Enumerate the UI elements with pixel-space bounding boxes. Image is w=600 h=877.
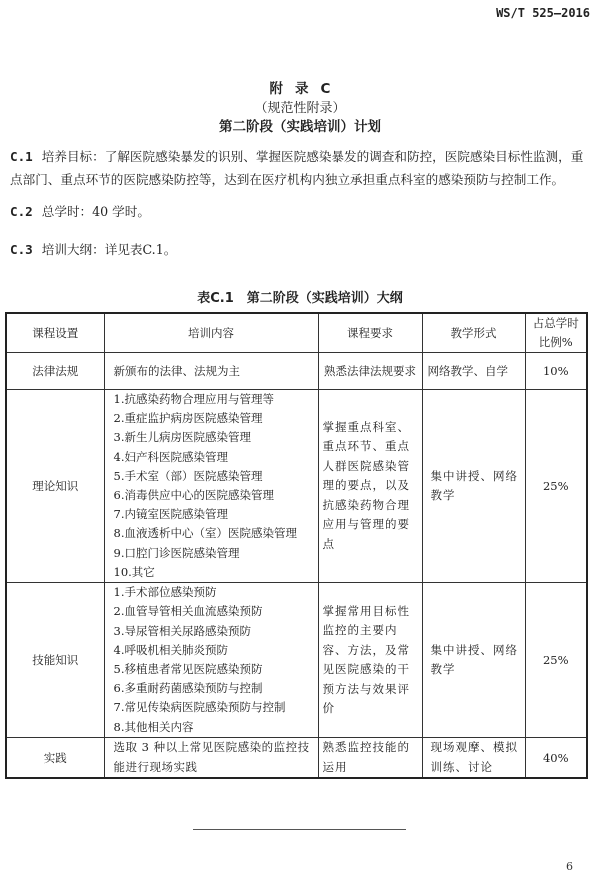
header-form: 教学形式	[422, 313, 525, 353]
section-text: 培养目标：了解医院感染暴发的识别、掌握医院感染暴发的调查和防控，医院感染目标性监…	[10, 149, 583, 187]
table-row: 技能知识 1.手术部位感染预防 2.血管导管相关血流感染预防 3.导尿管相关尿路…	[6, 583, 587, 738]
table-row: 理论知识 1.抗感染药物合理应用与管理等 2.重症监护病房医院感染管理 3.新生…	[6, 390, 587, 583]
table-header-row: 课程设置 培训内容 课程要求 教学形式 占总学时比例%	[6, 313, 587, 353]
header-course: 课程设置	[6, 313, 104, 353]
cell-requirement: 掌握常用目标性监控的主要内容、方法，及常见医院感染的干预方法与效果评价	[318, 583, 422, 738]
cell-course: 法律法规	[6, 353, 104, 390]
cell-form: 网络教学、自学	[422, 353, 525, 390]
cell-ratio: 10%	[525, 353, 587, 390]
cell-content: 1.手术部位感染预防 2.血管导管相关血流感染预防 3.导尿管相关尿路感染预防 …	[104, 583, 318, 738]
annex-title: 附录C	[0, 77, 600, 97]
cell-course: 技能知识	[6, 583, 104, 738]
cell-ratio: 25%	[525, 390, 587, 583]
cell-form: 集中讲授、网络教学	[422, 583, 525, 738]
list-item: 6.多重耐药菌感染预防与控制	[114, 679, 312, 698]
list-item: 2.血管导管相关血流感染预防	[114, 602, 312, 621]
list-item: 6.消毒供应中心的医院感染管理	[114, 486, 312, 505]
table-row: 法律法规 新颁布的法律、法规为主 熟悉法律法规要求 网络教学、自学 10%	[6, 353, 587, 390]
section-text: 总学时：40 学时。	[42, 204, 150, 219]
cell-ratio: 25%	[525, 583, 587, 738]
section-number: C.3	[10, 242, 33, 257]
cell-content: 选取 3 种以上常见医院感染的监控技能进行现场实践	[104, 738, 318, 779]
section-c3: C.3培训大纲：详见表C.1。	[10, 238, 592, 261]
table-row: 实践 选取 3 种以上常见医院感染的监控技能进行现场实践 熟悉监控技能的运用 现…	[6, 738, 587, 779]
list-item: 10.其它	[114, 563, 312, 582]
section-text: 培训大纲：详见表C.1。	[42, 242, 177, 257]
cell-requirement: 熟悉法律法规要求	[318, 353, 422, 390]
list-item: 3.导尿管相关尿路感染预防	[114, 622, 312, 641]
header-ratio: 占总学时比例%	[525, 313, 587, 353]
standard-code: WS/T 525—2016	[496, 6, 590, 20]
cell-course: 实践	[6, 738, 104, 779]
cell-requirement: 掌握重点科室、重点环节、重点人群医院感染管理的要点，以及抗感染药物合理应用与管理…	[318, 390, 422, 583]
cell-content: 新颁布的法律、法规为主	[104, 353, 318, 390]
list-item: 9.口腔门诊医院感染管理	[114, 544, 312, 563]
annex-title-part: 录	[295, 77, 309, 97]
list-item: 1.手术部位感染预防	[114, 583, 312, 602]
header-content: 培训内容	[104, 313, 318, 353]
annex-title-part: C	[321, 81, 331, 97]
cell-ratio: 40%	[525, 738, 587, 779]
list-item: 5.移植患者常见医院感染预防	[114, 660, 312, 679]
section-number: C.2	[10, 204, 33, 219]
cell-form: 集中讲授、网络教学	[422, 390, 525, 583]
annex-subtitle: （规范性附录）	[0, 97, 600, 116]
table-caption: 表C.1 第二阶段（实践培训）大纲	[0, 287, 600, 306]
list-item: 5.手术室（部）医院感染管理	[114, 467, 312, 486]
list-item: 4.呼吸机相关肺炎预防	[114, 641, 312, 660]
cell-form: 现场观摩、模拟训练、讨论	[422, 738, 525, 779]
section-number: C.1	[10, 149, 33, 164]
page-number: 6	[566, 860, 573, 873]
cell-content: 1.抗感染药物合理应用与管理等 2.重症监护病房医院感染管理 3.新生儿病房医院…	[104, 390, 318, 583]
section-c2: C.2总学时：40 学时。	[10, 200, 592, 223]
footer-divider	[193, 829, 406, 830]
cell-course: 理论知识	[6, 390, 104, 583]
list-item: 2.重症监护病房医院感染管理	[114, 409, 312, 428]
list-item: 1.抗感染药物合理应用与管理等	[114, 390, 312, 409]
list-item: 8.血液透析中心（室）医院感染管理	[114, 524, 312, 543]
list-item: 4.妇产科医院感染管理	[114, 448, 312, 467]
list-item: 7.内镜室医院感染管理	[114, 505, 312, 524]
list-item: 7.常见传染病医院感染预防与控制	[114, 698, 312, 717]
section-c1: C.1培养目标：了解医院感染暴发的识别、掌握医院感染暴发的调查和防控，医院感染目…	[10, 145, 592, 191]
annex-title-part: 附	[270, 77, 284, 97]
list-item: 3.新生儿病房医院感染管理	[114, 428, 312, 447]
header-requirement: 课程要求	[318, 313, 422, 353]
annex-name: 第二阶段（实践培训）计划	[0, 115, 600, 135]
cell-requirement: 熟悉监控技能的运用	[318, 738, 422, 779]
training-outline-table: 课程设置 培训内容 课程要求 教学形式 占总学时比例% 法律法规 新颁布的法律、…	[5, 312, 588, 779]
list-item: 8.其他相关内容	[114, 718, 312, 737]
